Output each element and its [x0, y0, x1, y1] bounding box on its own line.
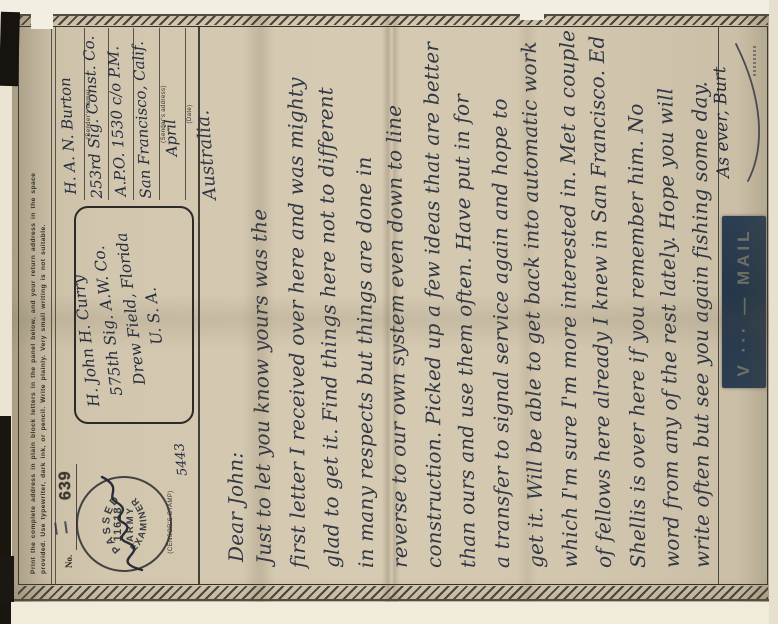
- scan-background-notch: [31, 0, 53, 29]
- letter-line: Just to let you know yours was the: [247, 209, 276, 565]
- header-rule-2: [55, 26, 56, 585]
- vmail-logo-text: V ··· — MAIL: [734, 227, 754, 376]
- form-instructions-line1: Print the complete address in plain bloc…: [30, 173, 37, 574]
- letter-line: which I'm sure I'm more interested in. M…: [555, 30, 582, 568]
- vmail-letter-scan: Print the complete address in plain bloc…: [0, 0, 778, 624]
- form-instructions-line2: provided. Use typewriter, dark ink, or p…: [40, 224, 47, 574]
- header-rule-1: [51, 26, 52, 585]
- scan-background-right: [769, 0, 778, 624]
- scan-background-notch: [520, 0, 544, 20]
- censor-stamp: PASSED EXAMINER 11618 ARMY: [72, 472, 176, 576]
- scan-background-top: [0, 0, 778, 14]
- rotated-letter-form: Print the complete address in plain bloc…: [0, 0, 778, 624]
- hatched-border-left: [18, 586, 768, 599]
- scan-artifact-bottom-left: [0, 556, 14, 602]
- letter-line: first letter I received over here and wa…: [283, 77, 310, 568]
- sender-rule: [159, 28, 160, 200]
- form-code-mark: [753, 46, 756, 76]
- censor-stamp-label: (CENSOR'S STAMP): [168, 470, 174, 574]
- letter-line: a transfer to signal service again and h…: [488, 98, 514, 568]
- signature-flourish: [728, 36, 768, 186]
- hatched-border-right: [18, 16, 768, 25]
- scan-background-bottom: [0, 602, 778, 624]
- sender-address-label: (Sender's address): [161, 28, 167, 200]
- sender-date: April: [161, 119, 181, 157]
- sender-rule: [185, 28, 186, 200]
- recipient-address-panel: H. John H. Curry 575th Sig. A.W. Co. Dre…: [74, 206, 194, 424]
- scan-artifact-top-left: [0, 12, 20, 86]
- recipient-line: U. S. A.: [141, 286, 166, 345]
- vmail-logo-block: V ··· — MAIL: [722, 216, 766, 388]
- letter-salutation: Dear John:: [223, 452, 248, 562]
- letter-line: construction. Picked up a few ideas that…: [419, 42, 446, 568]
- form-edge-line-left: [14, 599, 770, 601]
- letter-line: Shellis is over here if you remember him…: [624, 103, 650, 568]
- pen-marks: [54, 521, 68, 535]
- letter-line: write often but see you again fishing so…: [687, 81, 714, 568]
- letter-line: in many respects but things are done in: [352, 156, 378, 568]
